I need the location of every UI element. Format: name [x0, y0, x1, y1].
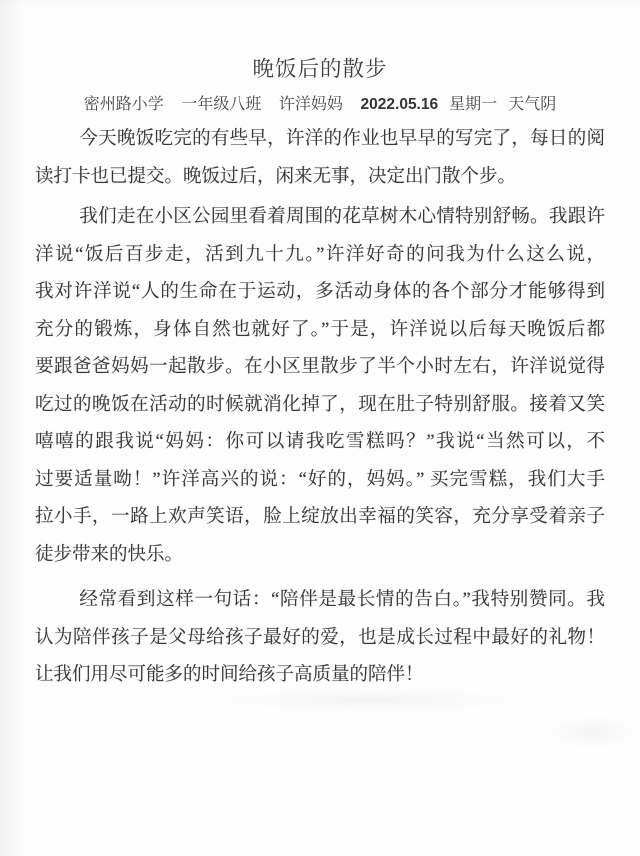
essay-title: 晚饭后的散步: [0, 56, 640, 82]
essay-line: 读打卡也已提交。晚饭过后，闲来无事，决定出门散个步。: [35, 159, 605, 197]
byline-class: 一年级八班: [181, 96, 261, 113]
essay-line: 洋说“饭后百步走，活到九十九。”许洋好奇的问我为什么这么说，: [35, 237, 605, 275]
essay-line: 吃过的晚饭在活动的时候就消化掉了，现在肚子特别舒服。接着又笑: [35, 387, 605, 425]
essay-line: 要跟爸爸妈妈一起散步。在小区里散步了半个小时左右，许洋说觉得: [35, 349, 605, 387]
byline-weather: 天气阴: [508, 96, 556, 113]
scan-bleedthrough-smudge: [548, 715, 640, 749]
scanned-essay-page: 晚饭后的散步 密州路小学 一年级八班 许洋妈妈 2022.05.16 星期一 天…: [0, 0, 640, 856]
essay-line: 认为陪伴孩子是父母给孩子最好的爱，也是成长过程中最好的礼物！: [35, 620, 605, 658]
byline-school: 密州路小学: [84, 96, 164, 113]
essay-byline: 密州路小学 一年级八班 许洋妈妈 2022.05.16 星期一 天气阴: [0, 95, 640, 115]
paragraph: 今天晚饭吃完的有些早，许洋的作业也早早的写完了，每日的阅读打卡也已提交。晚饭过后…: [35, 121, 605, 196]
paragraph: 我们走在小区公园里看着周围的花草树木心情特别舒畅。我跟许洋说“饭后百步走，活到九…: [35, 199, 605, 574]
paragraph: 经常看到这样一句话：“陪伴是最长情的告白。”我特别赞同。我认为陪伴孩子是父母给孩…: [35, 582, 605, 695]
essay-line: 今天晚饭吃完的有些早，许洋的作业也早早的写完了，每日的阅: [35, 121, 605, 159]
byline-date: 2022.05.16: [361, 96, 439, 113]
essay-line: 拉小手，一路上欢声笑语，脸上绽放出幸福的笑容，充分享受着亲子: [35, 499, 605, 537]
essay-line: 让我们用尽可能多的时间给孩子高质量的陪伴！: [35, 657, 605, 695]
byline-author: 许洋妈妈: [279, 96, 343, 113]
essay-line: 我对许洋说“人的生命在于运动，多活动身体的各个部分才能够得到: [35, 274, 605, 312]
essay-line: 过要适量呦！”许洋高兴的说：“好的，妈妈。” 买完雪糕，我们大手: [35, 462, 605, 500]
essay-line: 充分的锻炼，身体自然也就好了。”于是，许洋说以后每天晚饭后都: [35, 312, 605, 350]
essay-body: 今天晚饭吃完的有些早，许洋的作业也早早的写完了，每日的阅读打卡也已提交。晚饭过后…: [35, 121, 605, 695]
essay-line: 嘻嘻的跟我说“妈妈：你可以请我吃雪糕吗？”我说“当然可以，不: [35, 424, 605, 462]
essay-line: 徒步带来的快乐。: [35, 537, 605, 575]
byline-weekday: 星期一: [449, 96, 497, 113]
essay-line: 我们走在小区公园里看着周围的花草树木心情特别舒畅。我跟许: [35, 199, 605, 237]
essay-line: 经常看到这样一句话：“陪伴是最长情的告白。”我特别赞同。我: [35, 582, 605, 620]
